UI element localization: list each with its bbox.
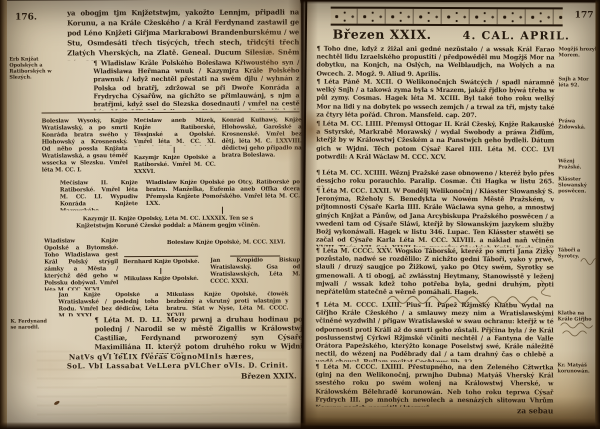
genealogy-entry: Wladislaw Knjže Opolské po Otcy, Ratibor… <box>146 179 300 206</box>
paragraph: ¶ Léta M. CCCC. LXIIII. Přestupného, na … <box>315 364 553 408</box>
genealogy-connector-line <box>174 147 175 153</box>
genealogy-entry: Bernhard Knjže Opolské. <box>118 259 204 267</box>
genealogy-entry: Boleslaw Wysoký, Knjže Wratislawský, a p… <box>42 118 128 174</box>
book-edge-left <box>0 0 7 429</box>
book-edge-bottom <box>0 422 600 429</box>
paragraph: ¶ Léta M. CCC. LXXII. W Pondělj Welikono… <box>316 188 554 248</box>
paragraph: ¶ Léta M. CC. LIIII. Přemysl Ottogar II.… <box>316 121 554 170</box>
margin-note: Erb Knjžat Opolských a Ratiborských w Sl… <box>9 56 59 84</box>
page-showthrough <box>37 344 287 415</box>
handwritten-annotation <box>386 290 546 310</box>
ornament-band <box>331 7 563 27</box>
left-page: 176. ya obogjm tjm Knjžetstwjm, yakožto … <box>5 0 303 429</box>
left-page-number: 176. <box>15 13 37 23</box>
paragraph: ¶ Léta M. CCCC. LXIII. Pius II. Papež Rž… <box>315 302 553 363</box>
genealogy-connector-line <box>160 268 161 274</box>
paragraph: ¶ Léta Páně M. XCII. O Welikonočnjch Swá… <box>316 79 554 121</box>
genealogy-entry: Mikuláss Knjže Opolské. <box>118 276 204 284</box>
genealogy-entry: Kazymjr Knjže Opolské a Ratiborské. Vmře… <box>134 155 216 173</box>
right-page-number: 177 <box>575 10 594 20</box>
running-header-calendar: 4. CAL. APRIL. <box>463 29 571 42</box>
genealogy-entry: Kazymjr II. Knjže Opolský, Léta M. CC. L… <box>70 216 266 233</box>
catchword: za sebau <box>461 406 553 415</box>
left-intro-paragraph: ya obogjm tjm Knjžetstwjm, yakožto Lennj… <box>67 7 299 60</box>
paragraph: ¶ Toho dne, když z žižal ani gedné nezůs… <box>316 46 554 79</box>
right-page: 177 Březen XXIX. 4. CAL. APRIL. ¶ Toho d… <box>301 1 596 426</box>
handwritten-annotation <box>560 320 598 342</box>
genealogy-entry: Jan Kropidlo Biskup Wratislawský. Gsa od… <box>210 257 300 285</box>
book-edge-top <box>300 0 600 4</box>
genealogy-entry: Wladislaw Knjže Opolské a Bytomské. Toho… <box>44 238 118 290</box>
running-header-month: Březen XXIX. <box>333 27 432 42</box>
margin-note: Práwa Židowská. <box>558 118 596 132</box>
margin-note: Klásster Slowanský poswěcen. <box>558 176 596 196</box>
margin-note: Wěznj Pražské. <box>558 158 596 172</box>
genealogy-entry: Boleslaw Knjže Opolské, M. CCC. XLVI. <box>156 239 296 254</box>
genealogy-entry: Mikuláss Knjže Opolské, člowěk bezbožný … <box>166 291 288 316</box>
genealogy-entry: Mečislaw aneb Mizek, Knjže Ratiborské, T… <box>134 118 216 146</box>
paragraph: ¶ Léta M. CC. XCIIII. Wěznj Pražské zase… <box>316 170 554 188</box>
genealogy-entry: Mečislaw II. Knjže Ratiborské. Vmřel lét… <box>60 180 138 210</box>
margin-note: Snjh a Mor léta 92. <box>558 76 596 90</box>
book-edge-right <box>595 0 600 429</box>
margin-note: Mogžjš hrozyl Morem. <box>559 46 597 60</box>
genealogy-connector-line <box>222 207 223 214</box>
margin-note: Kr. Matyáš korunowán. <box>557 362 595 376</box>
divider-rule <box>42 111 300 113</box>
margin-note: K. Ferdynand se narodil. <box>10 318 54 338</box>
genealogy-rule <box>124 256 198 257</box>
handwritten-annotation <box>538 278 554 302</box>
paragraph-wladislaw: ¶ Wladislaw Krále Polského Boleslawa Kři… <box>93 59 299 110</box>
genealogy-entry: Jan Knjže Opolské a Wratislawské / posle… <box>58 292 158 316</box>
